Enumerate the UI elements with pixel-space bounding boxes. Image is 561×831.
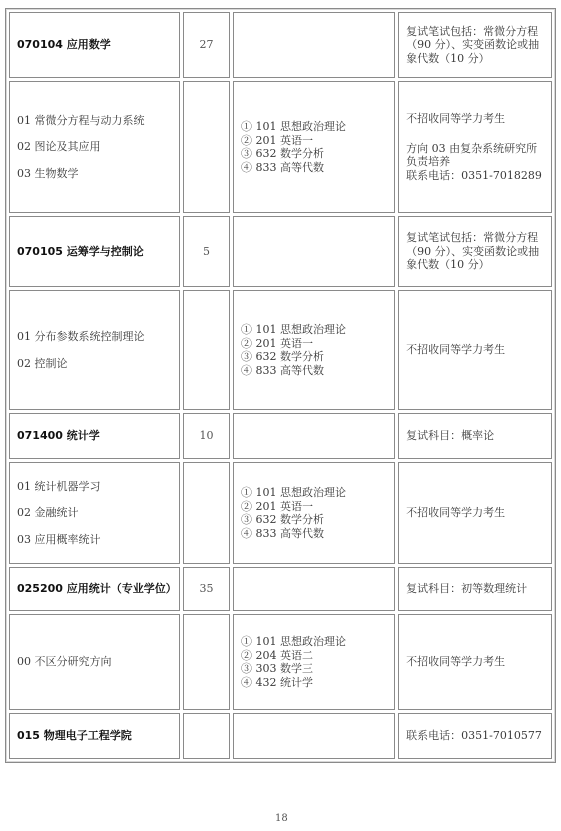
remark-text: 复试笔试包括：常微分方程（90 分）、实变函数论或抽象代数（10 分）	[406, 231, 544, 272]
exam-subject: ③ 303 数学三	[241, 662, 387, 676]
major-title: 070104 应用数学	[17, 38, 111, 51]
remark-text: 复试笔试包括：常微分方程（90 分）、实变函数论或抽象代数（10 分）	[406, 25, 544, 66]
exam-subjects: ① 101 思想政治理论② 201 英语一③ 632 数学分析④ 833 高等代…	[233, 462, 395, 564]
admissions-table: 070104 应用数学27复试笔试包括：常微分方程（90 分）、实变函数论或抽象…	[5, 8, 556, 763]
major-code-name: 070105 运筹学与控制论	[9, 216, 180, 287]
research-direction: 02 控制论	[17, 357, 172, 371]
major-code-name: 015 物理电子工程学院	[9, 713, 180, 759]
major-title: 015 物理电子工程学院	[17, 729, 132, 742]
exam-subject: ④ 833 高等代数	[241, 364, 387, 378]
exam-subject: ③ 632 数学分析	[241, 513, 387, 527]
enrollment-count	[183, 713, 230, 759]
exam-subject: ② 201 英语一	[241, 134, 387, 148]
enrollment-count: 5	[183, 216, 230, 287]
exam-subject: ③ 632 数学分析	[241, 147, 387, 161]
research-direction: 03 应用概率统计	[17, 533, 172, 547]
remarks: 复试笔试包括：常微分方程（90 分）、实变函数论或抽象代数（10 分）	[398, 216, 552, 287]
enrollment-count: 27	[183, 12, 230, 78]
exam-subject: ① 101 思想政治理论	[241, 120, 387, 134]
spacer	[406, 126, 544, 142]
exam-subjects	[233, 216, 395, 287]
remark-text: 方向 03 由复杂系统研究所负责培养	[406, 142, 544, 169]
exam-subjects	[233, 713, 395, 759]
remark-text: 联系电话：0351-7018289	[406, 169, 544, 183]
remark-text: 不招收同等学力考生	[406, 112, 544, 126]
major-title: 025200 应用统计（专业学位）	[17, 582, 177, 595]
research-direction: 03 生物数学	[17, 167, 172, 181]
major-row: 025200 应用统计（专业学位）35复试科目：初等数理统计	[9, 567, 552, 611]
remarks: 复试科目：概率论	[398, 413, 552, 459]
research-directions: 01 常微分方程与动力系统02 图论及其应用03 生物数学	[9, 81, 180, 213]
research-direction: 01 分布参数系统控制理论	[17, 330, 172, 344]
remarks: 不招收同等学力考生	[398, 290, 552, 410]
research-directions: 01 分布参数系统控制理论02 控制论	[9, 290, 180, 410]
remarks: 复试笔试包括：常微分方程（90 分）、实变函数论或抽象代数（10 分）	[398, 12, 552, 78]
direction-row: 01 常微分方程与动力系统02 图论及其应用03 生物数学① 101 思想政治理…	[9, 81, 552, 213]
exam-subject: ② 201 英语一	[241, 337, 387, 351]
remark-text: 联系电话：0351-7010577	[406, 729, 544, 743]
major-code-name: 025200 应用统计（专业学位）	[9, 567, 180, 611]
remark-text: 复试科目：初等数理统计	[406, 582, 544, 596]
exam-subjects	[233, 12, 395, 78]
enrollment-count	[183, 290, 230, 410]
remarks: 不招收同等学力考生	[398, 462, 552, 564]
research-direction: 02 金融统计	[17, 506, 172, 520]
major-row: 071400 统计学10复试科目：概率论	[9, 413, 552, 459]
research-direction: 01 统计机器学习	[17, 480, 172, 494]
exam-subject: ① 101 思想政治理论	[241, 635, 387, 649]
major-title: 071400 统计学	[17, 429, 100, 442]
exam-subjects	[233, 567, 395, 611]
exam-subject: ④ 833 高等代数	[241, 527, 387, 541]
major-title: 070105 运筹学与控制论	[17, 245, 144, 258]
exam-subjects: ① 101 思想政治理论② 201 英语一③ 632 数学分析④ 833 高等代…	[233, 290, 395, 410]
exam-subject: ④ 833 高等代数	[241, 161, 387, 175]
major-code-name: 071400 统计学	[9, 413, 180, 459]
enrollment-count	[183, 462, 230, 564]
remarks: 联系电话：0351-7010577	[398, 713, 552, 759]
exam-subject: ② 204 英语二	[241, 649, 387, 663]
exam-subject: ① 101 思想政治理论	[241, 486, 387, 500]
research-directions: 00 不区分研究方向	[9, 614, 180, 710]
enrollment-count: 10	[183, 413, 230, 459]
enrollment-count: 35	[183, 567, 230, 611]
remarks: 复试科目：初等数理统计	[398, 567, 552, 611]
research-direction: 00 不区分研究方向	[17, 655, 172, 669]
remarks: 不招收同等学力考生方向 03 由复杂系统研究所负责培养联系电话：0351-701…	[398, 81, 552, 213]
research-direction: 01 常微分方程与动力系统	[17, 114, 172, 128]
remark-text: 不招收同等学力考生	[406, 506, 544, 520]
exam-subject: ③ 632 数学分析	[241, 350, 387, 364]
enrollment-count	[183, 81, 230, 213]
direction-row: 01 分布参数系统控制理论02 控制论① 101 思想政治理论② 201 英语一…	[9, 290, 552, 410]
exam-subject: ① 101 思想政治理论	[241, 323, 387, 337]
remark-text: 不招收同等学力考生	[406, 655, 544, 669]
remarks: 不招收同等学力考生	[398, 614, 552, 710]
exam-subject: ② 201 英语一	[241, 500, 387, 514]
direction-row: 00 不区分研究方向① 101 思想政治理论② 204 英语二③ 303 数学三…	[9, 614, 552, 710]
remark-text: 复试科目：概率论	[406, 429, 544, 443]
major-row: 070104 应用数学27复试笔试包括：常微分方程（90 分）、实变函数论或抽象…	[9, 12, 552, 78]
exam-subjects	[233, 413, 395, 459]
exam-subject: ④ 432 统计学	[241, 676, 387, 690]
exam-subjects: ① 101 思想政治理论② 204 英语二③ 303 数学三④ 432 统计学	[233, 614, 395, 710]
enrollment-count	[183, 614, 230, 710]
major-row: 070105 运筹学与控制论5复试笔试包括：常微分方程（90 分）、实变函数论或…	[9, 216, 552, 287]
remark-text: 不招收同等学力考生	[406, 343, 544, 357]
direction-row: 01 统计机器学习02 金融统计03 应用概率统计① 101 思想政治理论② 2…	[9, 462, 552, 564]
research-directions: 01 统计机器学习02 金融统计03 应用概率统计	[9, 462, 180, 564]
research-direction: 02 图论及其应用	[17, 140, 172, 154]
page-number: 18	[275, 813, 288, 824]
major-code-name: 070104 应用数学	[9, 12, 180, 78]
major-row: 015 物理电子工程学院联系电话：0351-7010577	[9, 713, 552, 759]
exam-subjects: ① 101 思想政治理论② 201 英语一③ 632 数学分析④ 833 高等代…	[233, 81, 395, 213]
